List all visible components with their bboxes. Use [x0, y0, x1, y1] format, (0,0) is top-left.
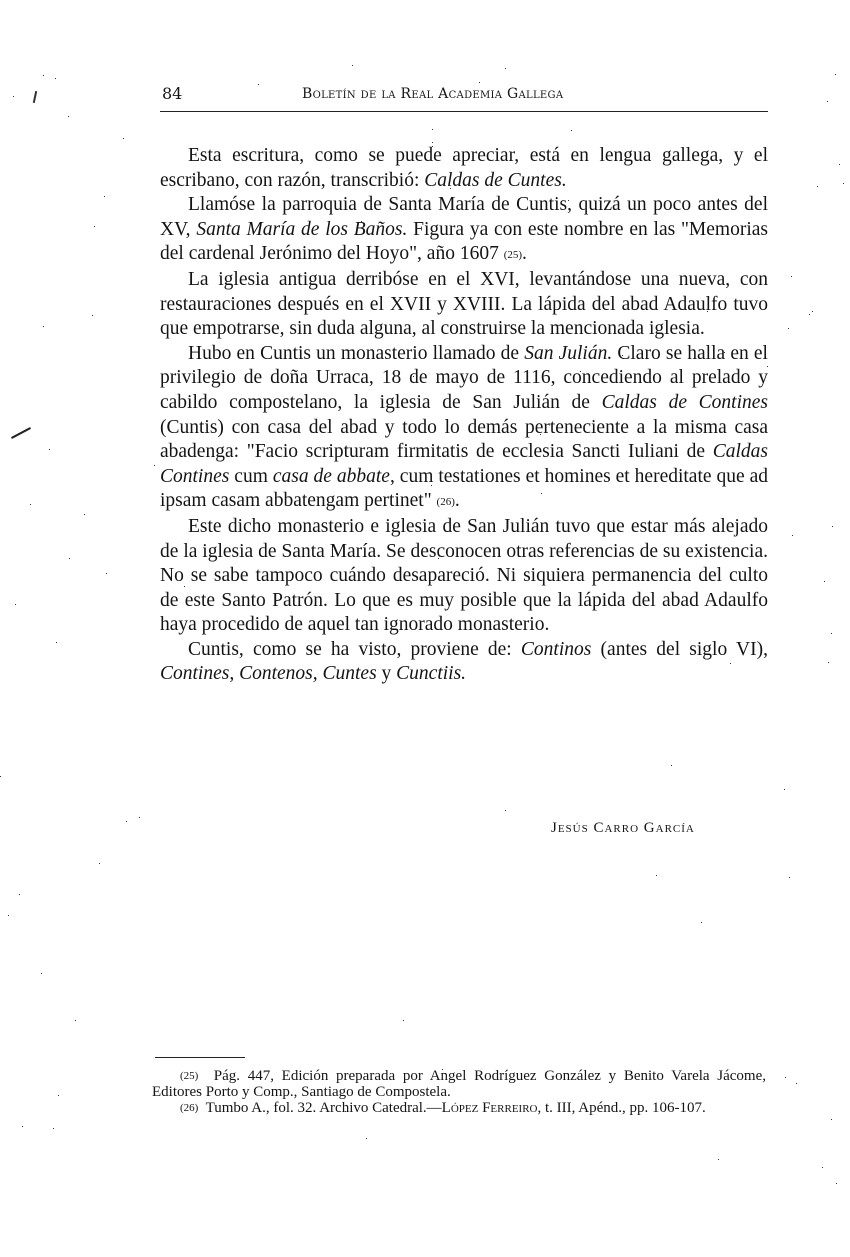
text-run: .	[522, 243, 527, 264]
scan-speck	[84, 514, 85, 515]
scan-speck	[366, 1138, 367, 1139]
scan-speck	[99, 863, 100, 864]
scan-speck	[839, 164, 840, 165]
page-header: 84 Boletín de la Real Academia Gallega	[160, 84, 768, 106]
text-run: .	[455, 490, 460, 511]
italic-text: Caldas de Contines	[602, 392, 768, 413]
scanned-page: 84 Boletín de la Real Academia Gallega E…	[0, 0, 850, 1257]
scan-speck	[568, 200, 569, 201]
scan-speck	[827, 101, 828, 102]
scan-speck	[30, 504, 31, 505]
author-name: López Ferreiro	[442, 1100, 538, 1116]
scan-speck	[43, 75, 44, 76]
scan-speck	[622, 355, 623, 356]
italic-text: Santa María de los Baños.	[196, 219, 407, 240]
scan-speck	[41, 973, 42, 974]
scan-speck	[580, 371, 581, 372]
scan-speck	[541, 493, 542, 494]
scan-speck	[8, 915, 9, 916]
header-rule	[160, 111, 768, 112]
margin-pencil-mark	[33, 91, 37, 103]
scan-speck	[831, 633, 832, 634]
running-title: Boletín de la Real Academia Gallega	[302, 86, 563, 102]
scan-speck	[375, 453, 376, 454]
scan-speck	[442, 1069, 443, 1070]
scan-speck	[835, 74, 836, 75]
italic-text: Contines, Contenos, Cuntes	[160, 663, 377, 684]
scan-speck	[505, 68, 506, 69]
scan-speck	[785, 1077, 786, 1078]
scan-speck	[812, 311, 813, 312]
scan-speck	[432, 129, 433, 130]
footnote-marker: (25)	[180, 1070, 198, 1082]
scan-speck	[56, 642, 57, 643]
paragraph: Hubo en Cuntis un monasterio llamado de …	[160, 342, 768, 515]
scan-speck	[345, 1111, 346, 1112]
scan-speck	[258, 84, 259, 85]
scan-speck	[767, 366, 768, 367]
footnote-separator	[155, 1057, 245, 1058]
text-run: cum	[229, 466, 272, 487]
scan-speck	[462, 248, 463, 249]
scan-speck	[718, 1159, 719, 1160]
scan-speck	[184, 586, 185, 587]
scan-speck	[832, 526, 833, 527]
scan-speck	[559, 356, 560, 357]
paragraph: Cuntis, como se ha visto, proviene de: C…	[160, 638, 768, 687]
scan-speck	[75, 1020, 76, 1021]
scan-speck	[403, 1020, 404, 1021]
scan-speck	[13, 96, 14, 97]
scan-speck	[707, 311, 708, 312]
scan-speck	[730, 663, 731, 664]
paragraph: Esta escritura, como se puede apreciar, …	[160, 144, 768, 193]
footnote-marker: (26)	[180, 1102, 198, 1114]
scan-speck	[243, 623, 244, 624]
scan-speck	[94, 226, 95, 227]
scan-speck	[843, 183, 844, 184]
text-run: y	[377, 663, 397, 684]
scan-speck	[329, 447, 330, 448]
scan-speck	[22, 1126, 23, 1127]
scan-speck	[154, 465, 155, 466]
paragraph: Llamóse la parroquia de Santa María de C…	[160, 193, 768, 268]
text-run: La iglesia antigua derribóse en el XVI, …	[160, 269, 768, 339]
scan-speck	[656, 875, 657, 876]
paragraph: La iglesia antigua derribóse en el XVI, …	[160, 268, 768, 342]
scan-speck	[370, 333, 371, 334]
scan-speck	[106, 573, 107, 574]
scan-speck	[571, 130, 572, 131]
text-run: Hubo en Cuntis un monasterio llamado de	[188, 343, 524, 364]
scan-speck	[123, 138, 124, 139]
scan-speck	[49, 449, 50, 450]
scan-speck	[784, 789, 785, 790]
text-run: Este dicho monasterio e iglesia de San J…	[160, 516, 768, 635]
scan-speck	[413, 376, 414, 377]
scan-speck	[796, 1083, 797, 1084]
scan-speck	[540, 434, 541, 435]
scan-speck	[53, 1128, 54, 1129]
footnote-text: Tumbo A., fol. 32. Archivo Catedral.—	[206, 1100, 442, 1116]
scan-speck	[104, 196, 105, 197]
scan-speck	[438, 558, 439, 559]
italic-text: Continos	[521, 639, 591, 660]
body-text: Esta escritura, como se puede apreciar, …	[160, 144, 768, 687]
italic-text: Cunctiis.	[396, 663, 466, 684]
scan-speck	[809, 314, 810, 315]
scan-speck	[58, 1095, 59, 1096]
scan-speck	[19, 894, 20, 895]
footnote-text: Pág. 447, Edición preparada por Angel Ro…	[152, 1068, 766, 1100]
scan-speck	[479, 82, 480, 83]
scan-speck	[431, 485, 432, 486]
scan-speck	[68, 116, 69, 117]
italic-text: casa de abbate	[273, 466, 390, 487]
footnote-text: , t. III, Apénd., pp. 106-107.	[537, 1100, 705, 1116]
scan-speck	[15, 604, 16, 605]
scan-speck	[139, 817, 140, 818]
italic-text: Caldas de Cuntes.	[424, 170, 566, 191]
scan-speck	[822, 1167, 823, 1168]
scan-speck	[828, 662, 829, 663]
scan-speck	[0, 776, 1, 777]
scan-speck	[432, 146, 433, 147]
scan-speck	[432, 142, 433, 143]
scan-speck	[717, 531, 718, 532]
scan-speck	[792, 535, 793, 536]
footnote-26: (26) Tumbo A., fol. 32. Archivo Catedral…	[152, 1101, 766, 1117]
margin-pencil-mark	[11, 427, 31, 439]
scan-speck	[817, 186, 818, 187]
scan-speck	[724, 352, 725, 353]
scan-speck	[204, 232, 205, 233]
scan-speck	[43, 326, 44, 327]
scan-speck	[836, 1183, 837, 1184]
scan-speck	[791, 276, 792, 277]
scan-speck	[450, 188, 451, 189]
footnote-reference: (25)	[504, 249, 522, 261]
scan-speck	[505, 810, 506, 811]
scan-speck	[742, 571, 743, 572]
scan-speck	[126, 821, 127, 822]
scan-speck	[831, 1119, 832, 1120]
text-run: Cuntis, como se ha visto, proviene de:	[188, 639, 521, 660]
scan-speck	[701, 922, 702, 923]
scan-speck	[55, 78, 56, 79]
scan-speck	[361, 221, 362, 222]
footnotes: (25) Pág. 447, Edición preparada por Ang…	[152, 1069, 766, 1116]
scan-speck	[352, 65, 353, 66]
scan-speck	[789, 877, 790, 878]
scan-speck	[788, 328, 789, 329]
paragraph: Este dicho monasterio e iglesia de San J…	[160, 515, 768, 638]
text-run: (Cuntis) con casa del abad y todo lo dem…	[160, 417, 768, 463]
scan-speck	[824, 581, 825, 582]
text-run: (antes del siglo VI),	[591, 639, 768, 660]
footnote-25: (25) Pág. 447, Edición preparada por Ang…	[152, 1069, 766, 1101]
author-signature: Jesús Carro García	[551, 820, 695, 837]
scan-speck	[69, 558, 70, 559]
scan-speck	[671, 765, 672, 766]
page-number: 84	[162, 84, 182, 103]
italic-text: San Julián.	[524, 343, 612, 364]
scan-speck	[92, 315, 93, 316]
footnote-reference: (26)	[437, 496, 455, 508]
